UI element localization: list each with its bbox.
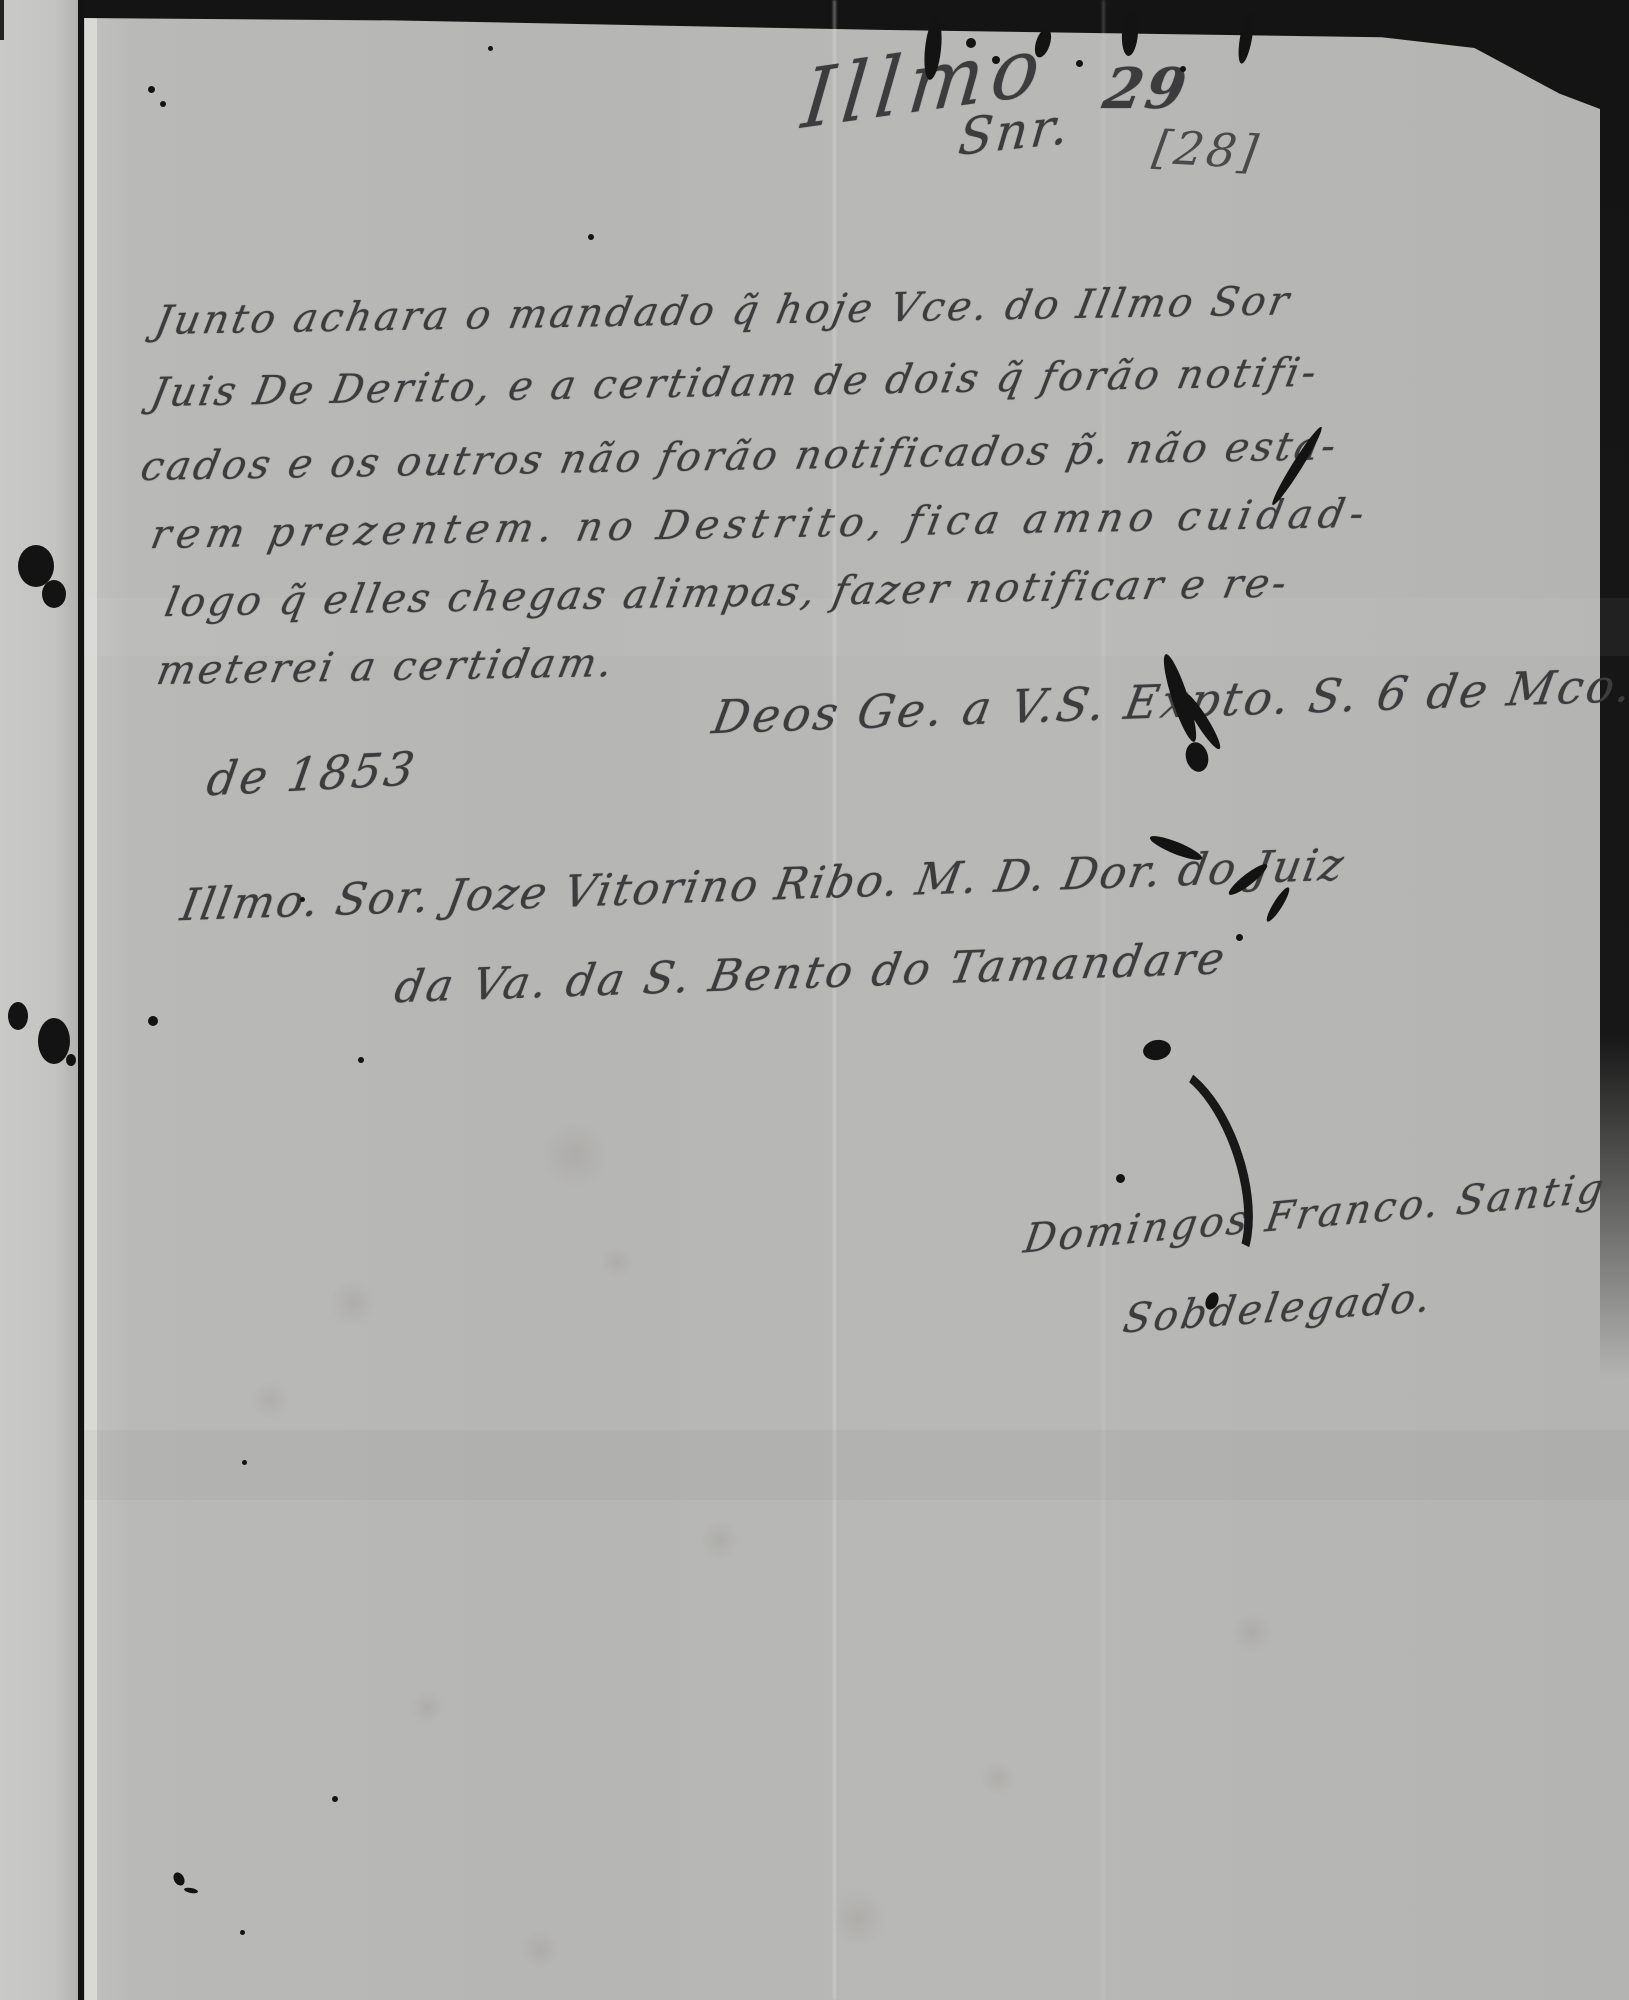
folio-number: 29 — [1098, 56, 1194, 122]
scanned-document-page: Illmo Snr. 29 [28] Junto achara o mandad… — [0, 0, 1629, 2000]
paper-bright-edge — [85, 0, 97, 2000]
ink-dot — [242, 1460, 247, 1465]
tonal-band — [84, 1430, 1629, 1500]
ink-dot — [488, 46, 493, 51]
ink-dot — [332, 1796, 338, 1802]
bracket-number: [28] — [1150, 120, 1265, 179]
ink-dot — [300, 897, 305, 902]
age-stain — [1230, 1610, 1274, 1654]
ink-dot — [358, 1057, 364, 1063]
salutation-line-2: Snr. — [956, 96, 1074, 167]
margin-ink-blot — [148, 1016, 158, 1026]
date-line: de 1853 — [203, 741, 421, 806]
margin-ink-blot — [8, 1002, 28, 1030]
age-stain — [410, 1690, 444, 1724]
age-stain — [980, 1760, 1016, 1796]
age-stain — [600, 1245, 634, 1279]
age-stain — [830, 1890, 886, 1946]
age-stain — [520, 1930, 560, 1970]
ink-dot — [148, 86, 155, 93]
age-stain — [250, 1380, 290, 1420]
age-stain — [330, 1280, 376, 1326]
ink-dot — [1116, 1174, 1125, 1183]
left-edge-shadow — [0, 0, 4, 40]
ink-dot — [1236, 934, 1243, 941]
margin-ink-blot — [38, 1018, 70, 1064]
ink-dot — [240, 1930, 245, 1935]
ink-blot — [992, 56, 1000, 64]
ink-blot — [1076, 60, 1083, 67]
age-stain — [700, 1520, 740, 1560]
ink-blot — [966, 38, 976, 48]
body-line-6: meterei a certidam. — [153, 640, 619, 694]
ink-blot — [1180, 66, 1186, 72]
margin-ink-blot — [42, 580, 66, 608]
ink-dot — [160, 101, 166, 107]
margin-ink-blot — [66, 1054, 76, 1066]
ink-dot — [588, 234, 594, 240]
previous-page-edge — [0, 0, 78, 2000]
age-stain — [540, 1120, 610, 1190]
